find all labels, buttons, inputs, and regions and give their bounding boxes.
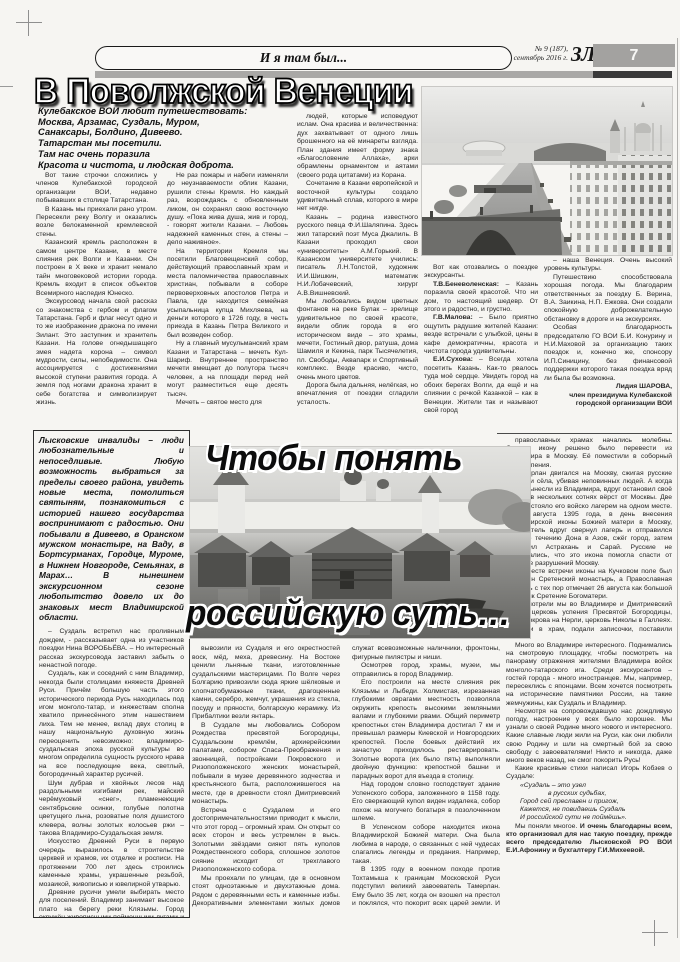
paragraph: Вот такие строчки сложились у членов Кул… [36,172,157,206]
paragraph: Казань – родина известного русского певц… [297,214,418,298]
paragraph: Мечеть – святое место для [167,399,288,407]
lead-verse-line: Санаксары, Болдино, Дивеево. [38,127,288,138]
closing-paragraph: Мы поняли многое. И очень благодарны все… [506,823,672,856]
paragraph: Тамерлан двигался на Москву, сжигая русс… [506,470,672,568]
paragraph: Несмотря на сопровождавшую нас дождливую… [506,708,672,765]
page-trim-line [677,38,678,938]
paragraph: Какие красивые стихи написал Игорь Кобзе… [506,765,672,781]
article1-column-3: людей, которые исповедуют ислам. Она кра… [297,113,418,435]
paragraph: Суздаль, как и соседний с ним Владимир, … [39,670,184,779]
page-number: 7 [630,47,639,65]
paragraph: людей, которые исповедуют ислам. Она кра… [297,113,418,180]
paragraph: Особая благодарность председателю ГО ВОИ… [544,324,672,383]
paragraph: В Успенском соборе находится икона Влади… [352,824,500,867]
poem-line: в русских судьбах, [506,790,672,798]
article2-column-1: – Суздаль встретил нас проливным дождем,… [39,628,184,918]
poem-line: И российской сути не поймёшь». [506,814,672,822]
lead-verse-line: Москва, Арзамас, Суздаль, Муром, [38,117,288,128]
paragraph: Мы любовались видом цветных фонтанов на … [297,298,418,382]
column5-paragraphs: – наша Венеция. Очень высокий уровень ку… [544,257,672,383]
paragraph: – наша Венеция. Очень высокий уровень ку… [544,257,672,274]
paragraph: В Суздале мы любовались Собором Рождеств… [192,722,340,807]
paragraph: Не раз пожары и набеги изменяли до неузн… [167,172,288,248]
byline-role-2: городской организации ВОИ [544,400,672,408]
paragraph: Встреча с Суздалем и его достопримечател… [192,807,340,875]
article-divider-rule [497,433,672,434]
paragraph: В Казань мы приехали рано утром. Пересек… [36,206,157,240]
byline-role-1: член президиума Кулебакской [544,392,672,400]
paragraph: православных храмах начались молебны. Св… [506,437,672,470]
poem-quote: «Суздаль – это узелв русских судьбах,Гор… [506,782,672,823]
article1-column-2: Не раз пожары и набеги изменяли до неузн… [167,172,288,424]
lead-verse-line: Красота и чистота, и людская доброта. [38,160,288,171]
paragraph: – Суздаль встретил нас проливным дождем,… [39,628,184,670]
responses-intro: Вот как отозвались о поездке экскурсанты… [424,264,538,281]
page-number-box: 7 [593,44,675,67]
article2-framed-column: Лысковские инвалиды – люди любознательны… [33,430,190,918]
poem-line: Город сей преславен и пригож, [506,798,672,806]
paragraph: Шум дубрав и хвойных лесов над раздольны… [39,780,184,839]
issue-date: сентябрь 2016 г. [480,54,568,63]
issue-info: № 9 (187), сентябрь 2016 г. [480,45,568,62]
response-text: – Всегда хотела посетить Казань. Как-то … [424,356,538,413]
responses-list: Т.В.Беневоленская: – Казань поразила сво… [424,281,538,416]
paragraph: Много во Владимире интересного. Поднимал… [506,642,672,708]
paragraph: На территории Кремля мы посетили Благове… [167,248,288,340]
respondent-name: Т.В.Беневоленская: [433,281,499,288]
article1-column-4: Вот как отозвались о поездке экскурсанты… [424,264,538,458]
crop-mark-bottom-right [642,920,668,946]
photo-kazan-canal [422,87,672,255]
respondent-name: Е.И.Сухова: [433,356,473,363]
article2-headline-bottom: российскую суть… [186,592,510,634]
paragraph: Казанский кремль расположен в самом цент… [36,239,157,298]
paragraph: Посмотрели мы во Владимире и Дмитриевски… [506,601,672,642]
response-paragraph: Т.В.Беневоленская: – Казань поразила сво… [424,281,538,315]
paragraph: вывозили из Суздаля и его окрестностей в… [192,645,340,722]
paragraph: Древние русичи умели выбирать место для … [39,889,184,918]
lead-verse-line: Там нас очень поразила [38,149,288,160]
paragraph: Осмотрев город, храмы, музеи, мы отправи… [352,662,500,679]
response-paragraph: Е.И.Сухова: – Всегда хотела посетить Каз… [424,356,538,415]
article2-lead-box: Лысковские инвалиды – люди любознательны… [39,435,184,622]
paragraph: Путешествию способствовала хорошая погод… [544,274,672,324]
kazan-canal-illustration [422,87,672,255]
paragraph: Экскурсовод начала свой рассказ со знако… [36,298,157,407]
response-paragraph: Г.В.Малова: – Было приятно ощутить радуш… [424,314,538,356]
article1-column-1: Вот такие строчки сложились у членов Кул… [36,172,157,424]
lead-verse-line: Кулебакское ВОИ любит путешествовать: [38,106,288,117]
paragraph: На месте встречи иконы на Кучковом поле … [506,568,672,601]
closing-text: Мы поняли многое. [515,823,577,830]
crop-tick-left [0,86,13,87]
respondent-name: Г.В.Малова: [433,314,473,321]
article1-lead-verse: Кулебакское ВОИ любит путешествовать:Мос… [38,106,288,170]
section-label: И я там был... [260,50,347,66]
article2-headline-top: Чтобы понять [205,437,462,479]
section-header-strip: И я там был... [95,46,512,70]
lead-verse-line: Татарстан мы посетили. [38,138,288,149]
byline-author: Лидия ШАРОВА, [544,383,672,391]
header-rule-dark [593,71,672,78]
column4-paragraphs: православных храмах начались молебны. Св… [506,437,672,782]
article2-column-4: православных храмах начались молебны. Св… [506,437,672,918]
article1-column-5: – наша Венеция. Очень высокий уровень ку… [544,257,672,433]
paragraph: Ну а главный мусульманский храм Казани и… [167,340,288,399]
paragraph: Над городом словно господствует здание У… [352,781,500,824]
paragraph: Его построили на месте слияния рек Клязь… [352,679,500,781]
article2-columns-2-3: вывозили из Суздаля и его окрестностей в… [192,645,500,913]
paragraph: Дорога была дальняя, нелёгкая, но впечат… [297,382,418,407]
newspaper-page: И я там был... № 9 (187), сентябрь 2016 … [0,0,680,962]
crop-mark-top-left [16,10,42,36]
poem-line: «Суздаль – это узел [506,782,672,790]
paragraph: Сочетание в Казани европейской и восточн… [297,180,418,214]
paragraph: Искусство Древней Руси в первую очередь … [39,838,184,888]
